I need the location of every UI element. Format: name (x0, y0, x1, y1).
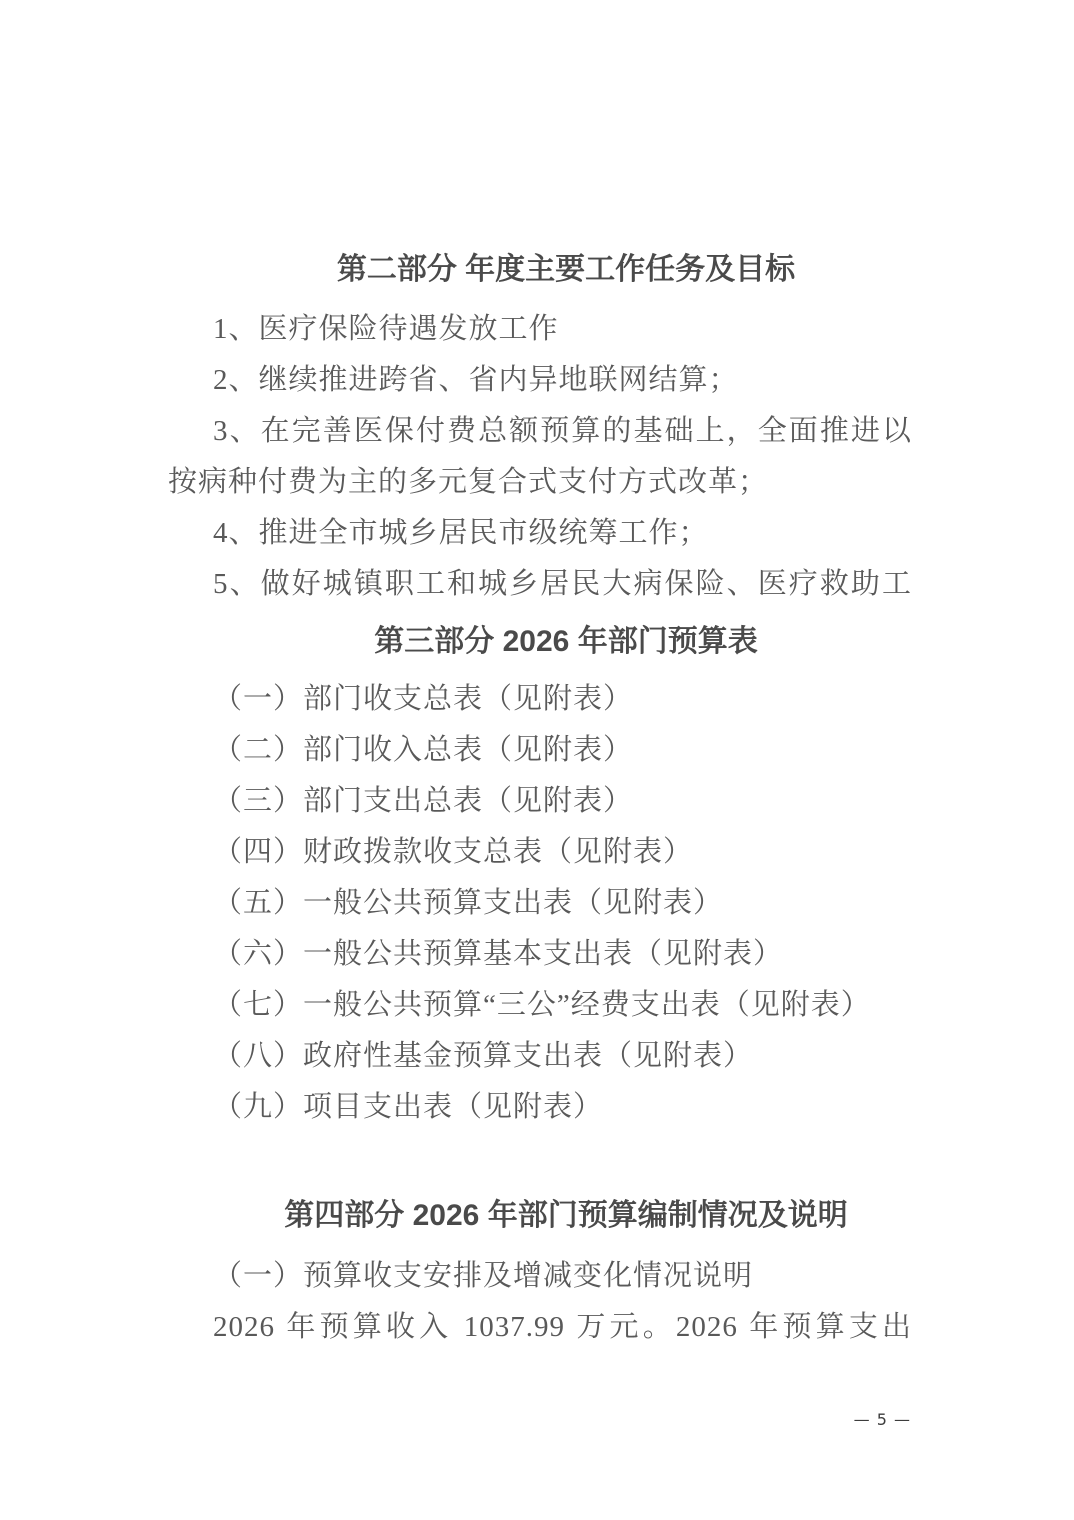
toc-item-1: （一）部门收支总表（见附表） (168, 674, 912, 725)
task-list: 1、医疗保险待遇发放工作 2、继续推进跨省、省内异地联网结算； 3、在完善医保付… (168, 304, 912, 610)
toc-item-6: （六）一般公共预算基本支出表（见附表） (168, 929, 912, 980)
toc-item-8: （八）政府性基金预算支出表（见附表） (168, 1031, 912, 1082)
note-body-line: 2026 年预算收入 1037.99 万元。2026 年预算支出 (168, 1302, 912, 1353)
toc-item-5: （五）一般公共预算支出表（见附表） (168, 878, 912, 929)
task-item-5: 5、做好城镇职工和城乡居民大病保险、医疗救助工作。 (168, 559, 912, 610)
section-heading-part4: 第四部分 2026 年部门预算编制情况及说明 (194, 1186, 938, 1246)
task-item-2: 2、继续推进跨省、省内异地联网结算； (168, 355, 912, 406)
notes-paragraphs: （一）预算收支安排及增减变化情况说明 2026 年预算收入 1037.99 万元… (168, 1251, 912, 1353)
page-content: 第二部分 年度主要工作任务及目标 1、医疗保险待遇发放工作 2、继续推进跨省、省… (168, 240, 912, 1353)
section-heading-part3: 第三部分 2026 年部门预算表 (194, 612, 938, 672)
task-item-3: 3、在完善医保付费总额预算的基础上，全面推进以按病种付费为主的多元复合式支付方式… (168, 406, 912, 508)
toc-item-3: （三）部门支出总表（见附表） (168, 776, 912, 827)
task-item-4: 4、推进全市城乡居民市级统筹工作； (168, 508, 912, 559)
note-subheading: （一）预算收支安排及增减变化情况说明 (168, 1251, 912, 1302)
toc-item-9: （九）项目支出表（见附表） (168, 1082, 912, 1133)
toc-item-2: （二）部门收入总表（见附表） (168, 725, 912, 776)
section-heading-part2: 第二部分 年度主要工作任务及目标 (194, 240, 938, 300)
task-item-1: 1、医疗保险待遇发放工作 (168, 304, 912, 355)
budget-table-list: （一）部门收支总表（见附表） （二）部门收入总表（见附表） （三）部门支出总表（… (168, 674, 912, 1133)
toc-item-7: （七）一般公共预算“三公”经费支出表（见附表） (168, 980, 912, 1031)
page-number: — 5 — (854, 1408, 911, 1432)
toc-item-4: （四）财政拨款收支总表（见附表） (168, 827, 912, 878)
document-page: 第二部分 年度主要工作任务及目标 1、医疗保险待遇发放工作 2、继续推进跨省、省… (0, 0, 1074, 1520)
